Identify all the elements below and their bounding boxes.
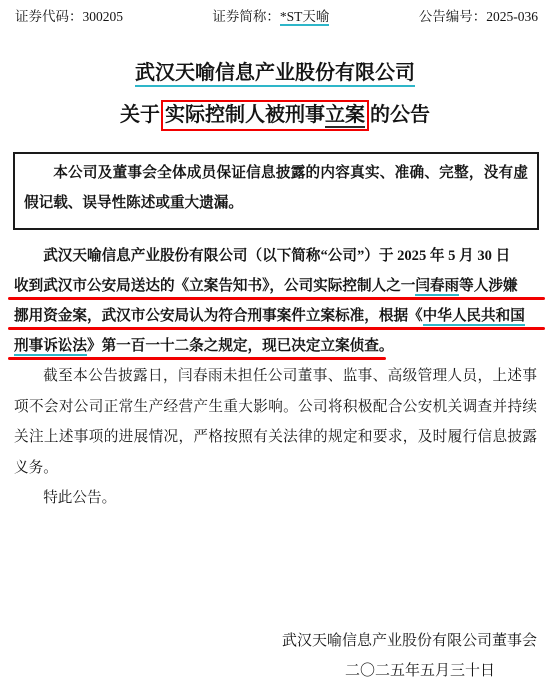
law-name-underlined-part1: 中华人民共和国 (423, 308, 525, 326)
paragraph1-line4: 刑事诉讼法》第一百一十二条之规定，现已决定立案侦查。 (14, 331, 537, 361)
subtitle-boxed-text: 实际控制人被刑事 (165, 104, 325, 126)
paragraph1-line2-post: 等人涉嫌 (459, 278, 517, 294)
subtitle-pre: 关于 (120, 104, 160, 126)
paragraph1-line1-text: 武汉天喻信息产业股份有限公司（以下简称“公司”）于 2025 年 5 月 30 … (43, 248, 510, 264)
law-name-underlined-part2: 刑事诉讼法 (14, 338, 87, 356)
notice-number-value: 2025-036 (486, 9, 538, 24)
closing-text: 特此公告。 (14, 487, 537, 509)
paragraph1-line3-pre: 挪用资金案，武汉市公安局认为符合刑事案件立案标准，根据《 (14, 308, 423, 324)
red-underline-annotation (8, 297, 545, 300)
notice-number-label: 公告编号： (419, 9, 487, 24)
body-paragraph-2: 截至本公告披露日，闫春雨未担任公司董事、监事、高级管理人员，上述事项不会对公司正… (14, 361, 537, 483)
paragraph1-line4-post: 》第一百一十二条之规定，现已决定立案侦查。 (87, 338, 393, 354)
red-underline-annotation (8, 357, 386, 360)
company-title-text: 武汉天喻信息产业股份有限公司 (135, 62, 415, 87)
document-header: 证券代码：300205 证券简称：*ST天喻 公告编号：2025-036 (15, 8, 538, 26)
signature-company: 武汉天喻信息产业股份有限公司董事会 (282, 631, 537, 651)
disclosure-statement-box: 本公司及董事会全体成员保证信息披露的内容真实、准确、完整，没有虚假记载、误导性陈… (13, 152, 539, 230)
paragraph1-line1: 武汉天喻信息产业股份有限公司（以下简称“公司”）于 2025 年 5 月 30 … (14, 241, 537, 271)
disclosure-statement-text: 本公司及董事会全体成员保证信息披露的内容真实、准确、完整，没有虚假记载、误导性陈… (24, 158, 528, 218)
red-underline-annotation (8, 327, 545, 330)
body-paragraph-2-text: 截至本公告披露日，闫春雨未担任公司董事、监事、高级管理人员，上述事项不会对公司正… (14, 361, 537, 483)
announcement-subtitle: 关于实际控制人被刑事立案的公告 (0, 100, 550, 131)
person-name-underlined: 闫春雨 (415, 278, 459, 296)
company-title: 武汉天喻信息产业股份有限公司 (0, 60, 550, 86)
security-code-label: 证券代码： (15, 9, 83, 24)
security-abbr: 证券简称：*ST天喻 (212, 8, 329, 26)
signature-date: 二〇二五年五月三十日 (345, 661, 495, 681)
security-code-value: 300205 (83, 9, 124, 24)
closing-line: 特此公告。 (14, 487, 537, 509)
security-abbr-value: *ST天喻 (280, 9, 330, 26)
body-paragraph-1: 武汉天喻信息产业股份有限公司（以下简称“公司”）于 2025 年 5 月 30 … (14, 241, 537, 361)
paragraph1-line2: 收到武汉市公安局送达的《立案告知书》，公司实际控制人之一闫春雨等人涉嫌 (14, 271, 537, 301)
red-highlight-box: 实际控制人被刑事立案 (161, 100, 369, 131)
paragraph1-line2-pre: 收到武汉市公安局送达的《立案告知书》，公司实际控制人之一 (14, 278, 415, 294)
subtitle-post: 的公告 (370, 104, 430, 126)
security-code: 证券代码：300205 (15, 8, 123, 26)
notice-number: 公告编号：2025-036 (419, 8, 538, 26)
announcement-document: 证券代码：300205 证券简称：*ST天喻 公告编号：2025-036 武汉天… (0, 0, 550, 693)
paragraph1-line3: 挪用资金案，武汉市公安局认为符合刑事案件立案标准，根据《中华人民共和国 (14, 301, 537, 331)
security-abbr-label: 证券简称： (212, 9, 280, 24)
subtitle-underlined-term: 立案 (325, 104, 365, 128)
